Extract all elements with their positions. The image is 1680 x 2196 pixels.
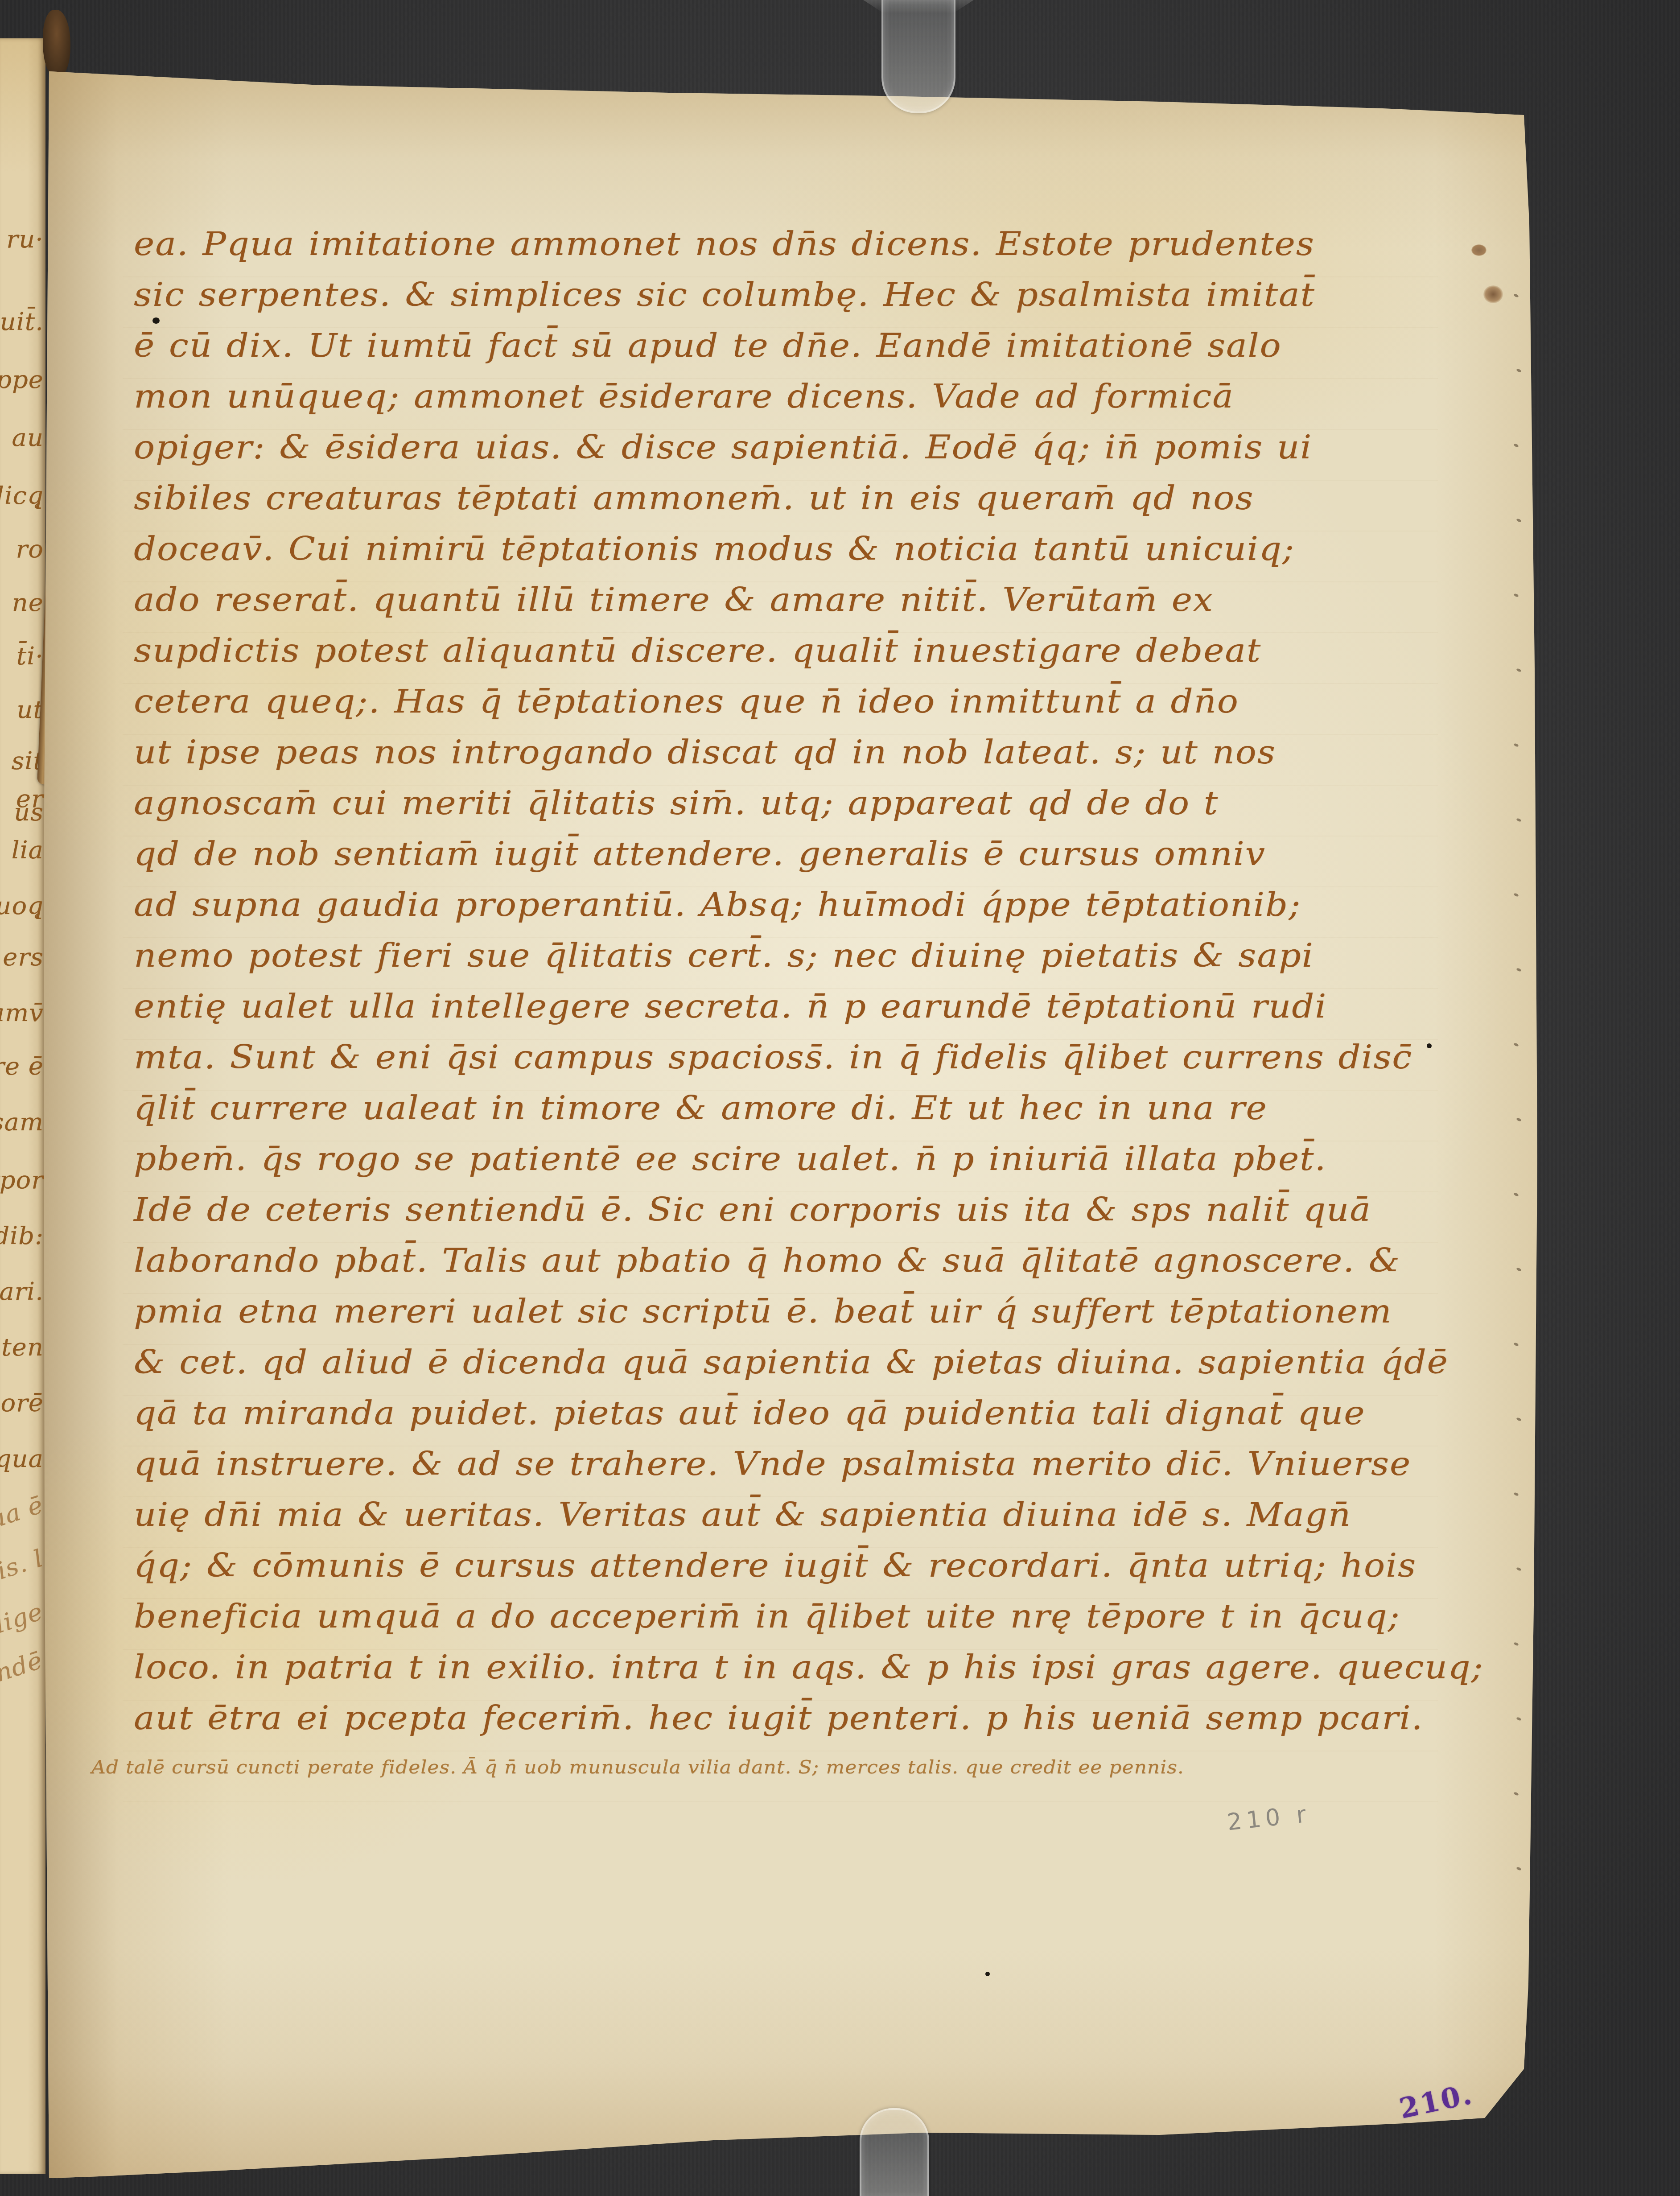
pricking-hole <box>1513 443 1519 448</box>
pricking-hole <box>1516 668 1521 672</box>
addition-line: Ad talē cursū cuncti perate fideles. Ā q… <box>91 1756 1184 1778</box>
pricking-hole <box>1513 1342 1519 1347</box>
previous-leaf-text-fragment: ua ē <box>0 1491 46 1534</box>
pricking-hole <box>1513 293 1519 298</box>
previous-leaf-text-fragment: er <box>16 786 44 813</box>
previous-leaf-text-fragment: llige <box>0 1598 46 1641</box>
previous-leaf-text-fragment: core ē <box>0 1053 44 1081</box>
pricking-hole <box>1513 1492 1519 1496</box>
previous-leaf-text-fragment: uit̄. <box>0 309 44 336</box>
ink-speck <box>1427 1043 1432 1048</box>
ink-speck <box>152 317 160 324</box>
previous-leaf-text-fragment: tandē <box>0 1646 46 1695</box>
pricking-hole <box>1513 1792 1519 1796</box>
previous-leaf-text-fragment: t̄i· <box>16 643 44 671</box>
previous-leaf-text-fragment: uoq̨ <box>0 893 44 920</box>
pricking-hole <box>1516 1117 1521 1122</box>
previous-leaf-text-fragment: orē <box>0 1390 44 1417</box>
previous-leaf-text-fragment: ppe <box>0 367 44 394</box>
previous-leaf-text-fragment: au <box>12 424 44 452</box>
pricking-hole <box>1513 743 1519 747</box>
ink-stain <box>1483 285 1503 303</box>
previous-leaf-text-fragment: ne <box>12 589 44 617</box>
previous-leaf-text-fragment: tamv̄ <box>0 1000 44 1027</box>
pricking-hole <box>1516 1717 1521 1721</box>
pricking-hole <box>1513 593 1519 597</box>
pricking-hole <box>1516 968 1521 972</box>
pricking-hole <box>1516 1567 1521 1571</box>
pricking-hole <box>1516 1417 1521 1421</box>
pricking-hole <box>1516 1866 1521 1871</box>
previous-leaf-text-fragment: ru· <box>6 226 44 254</box>
ink-speck <box>985 1972 990 1976</box>
previous-leaf-text-fragment: aqua <box>0 1446 44 1473</box>
previous-leaf-text-fragment: lauari. <box>0 1278 44 1306</box>
parchment-page <box>42 62 1540 2180</box>
top-mounting-clip <box>881 0 955 113</box>
previous-leaf-text-fragment: rpor <box>0 1167 44 1195</box>
pricking-hole <box>1513 1642 1519 1646</box>
previous-leaf-text-fragment: isam <box>0 1109 44 1137</box>
pricking-hole <box>1513 893 1519 897</box>
bottom-mounting-clip <box>860 2108 929 2196</box>
previous-leaf-text-fragment: ro <box>16 536 44 564</box>
previous-leaf-text-fragment: lis. l <box>0 1545 47 1588</box>
manuscript-photo: ru·uit̄.ppeaudicq̨ronet̄i·utsituserliauo… <box>0 0 1680 2196</box>
pricking-hole <box>1516 818 1521 822</box>
ruling-lines <box>123 276 1438 1828</box>
previous-leaf-text-fragment: . ers <box>0 944 44 972</box>
previous-leaf-text-fragment: dicq̨ <box>0 482 44 510</box>
pricking-hole <box>1516 368 1521 373</box>
previous-leaf-edge: ru·uit̄.ppeaudicq̨ronet̄i·utsituserliauo… <box>0 38 45 2174</box>
previous-leaf-text-fragment: lia <box>12 837 44 865</box>
pricking-hole <box>1516 518 1521 523</box>
pricking-hole <box>1516 1267 1521 1272</box>
pricking-hole <box>1513 1192 1519 1197</box>
previous-leaf-text-fragment: sordib: <box>0 1223 44 1250</box>
spine-sewing-support <box>43 10 70 78</box>
ink-stain <box>1471 244 1486 256</box>
previous-leaf-text-fragment: niten <box>0 1334 44 1362</box>
pricking-hole <box>1513 1042 1519 1047</box>
